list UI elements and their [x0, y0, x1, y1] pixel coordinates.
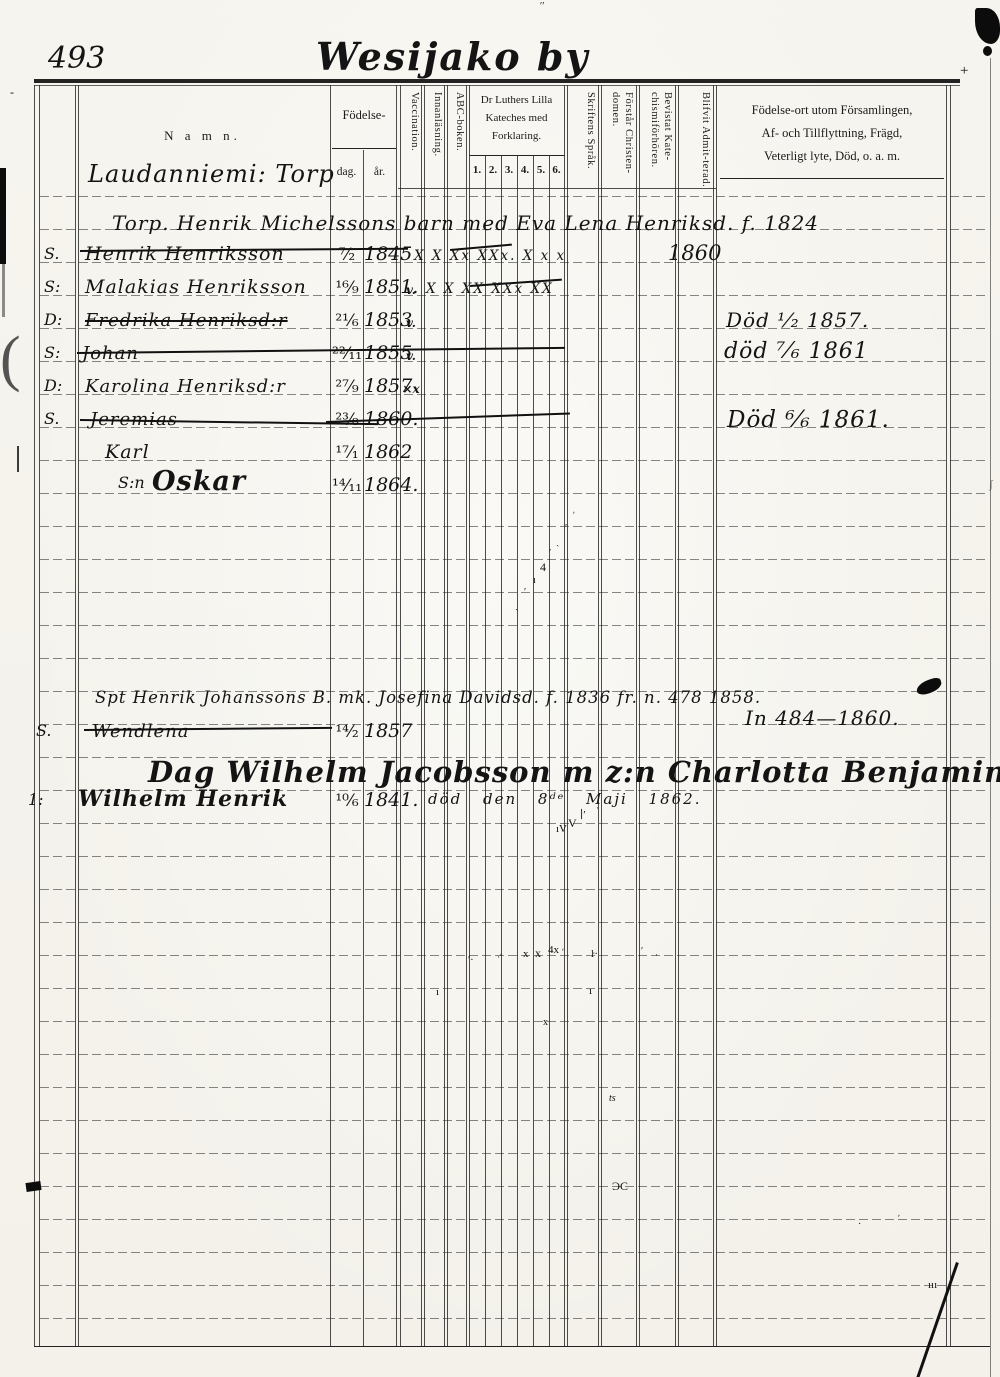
birth-day-fraction: ²¹⁄₆ — [335, 311, 358, 331]
column-rule — [396, 85, 397, 1346]
ink-mark: x — [523, 949, 529, 960]
ink-mark: ∣ʹ — [580, 810, 586, 821]
ink-mark: ˏ — [556, 537, 559, 547]
kateches-col-4: 4. — [517, 164, 533, 176]
row-rule — [40, 1318, 985, 1319]
col-header-bevistat-katechismforhoren: Bevistat Kate-chismiförhören. — [641, 92, 674, 194]
row-rule — [40, 1219, 985, 1220]
birth-day: ²¹⁄₆ — [332, 313, 362, 330]
vaccination-mark: ×x — [400, 383, 422, 395]
row-rule — [40, 955, 985, 956]
ink-mark: ·ʹ — [497, 953, 502, 962]
ink-mark: ı — [533, 576, 536, 586]
row-rule — [40, 658, 985, 659]
ink-mark: ˏ — [515, 600, 519, 611]
narrowcols-underline — [398, 188, 716, 189]
person-name: Oskar — [152, 468, 246, 495]
kateches-col-6: 6. — [549, 164, 564, 176]
strike-line — [916, 1262, 958, 1377]
birth-day-fraction: ¹⁴⁄₂ — [335, 722, 358, 742]
birth-day-fraction: ¹⁷⁄₁ — [335, 443, 358, 463]
ink-mark: ʹ — [610, 801, 612, 810]
row-rule — [40, 988, 985, 989]
column-rule — [424, 85, 425, 1346]
col-header-sista-line3: Veterligt lyte, Död, o. a. m. — [718, 149, 946, 164]
ink-blot — [975, 8, 1000, 44]
margin-note: död ⁷⁄₆ 1861 — [724, 341, 869, 363]
page-number: 493 — [48, 44, 105, 74]
row-rule — [40, 1285, 985, 1286]
ink-mark: + — [960, 64, 968, 79]
col-header-innanlasning: Innanläsning. — [424, 92, 444, 194]
column-rule — [564, 85, 565, 1346]
ink-mark: x — [535, 947, 541, 959]
ink-blot — [915, 676, 944, 696]
column-rule — [601, 85, 602, 1346]
name-prefix: S:n — [118, 475, 145, 491]
ink-mark: 4 — [540, 561, 546, 573]
gender-margin-mark: S. — [44, 411, 59, 427]
column-rule — [639, 85, 640, 1346]
gender-margin-mark: D: — [44, 378, 62, 394]
margin-note: In 484—1860. — [745, 708, 900, 728]
gender-margin-mark: D: — [44, 312, 62, 328]
ink-blot — [17, 446, 19, 472]
column-rule — [517, 155, 518, 1346]
row-rule — [40, 559, 985, 560]
ink-mark: V — [568, 817, 577, 829]
ink-mark: ʹ — [562, 948, 564, 957]
ink-mark: x — [543, 1018, 548, 1028]
ink-mark: ʹ — [898, 1214, 900, 1223]
birth-year: 1857 — [364, 722, 412, 741]
column-rule — [400, 85, 401, 1346]
row-rule — [40, 625, 985, 626]
ink-mark: ŀ· — [591, 950, 598, 960]
margin-note: död den 8ᵈᵉ Maji 1862. — [428, 792, 702, 807]
person-name: Malakias Henriksson — [85, 278, 307, 297]
column-rule — [39, 85, 40, 1346]
col-header-namn: N a m n. — [75, 128, 330, 144]
column-rule — [549, 155, 550, 1346]
col-header-fodelse: Födelse- — [330, 108, 398, 123]
column-rule — [485, 155, 486, 1346]
col-header-ar: år. — [364, 166, 395, 178]
column-rule — [421, 85, 422, 1346]
row-rule — [40, 823, 985, 824]
ink-mark: ʹʹ — [540, 2, 544, 12]
column-rule — [716, 85, 717, 1346]
person-name: Karl — [105, 443, 150, 462]
row-rule — [40, 196, 985, 197]
ink-mark: ƆC — [612, 1180, 628, 1192]
row-rule — [40, 460, 985, 461]
ink-mark: ʹ — [573, 511, 575, 520]
ink-mark: ts — [609, 1094, 616, 1104]
birth-day-fraction: ¹⁴⁄₁₁ — [332, 476, 362, 496]
column-rule — [533, 155, 534, 1346]
person-name: Karolina Henriksd:r — [85, 378, 286, 396]
column-rule — [946, 85, 947, 1346]
family-heading: Spt Henrik Johanssons B. mk. Josefina Da… — [95, 690, 761, 707]
title-rule-thin — [34, 85, 960, 86]
ink-mark: - — [10, 86, 14, 98]
title-rule — [34, 79, 960, 83]
birth-day: ¹⁴⁄₁₁ — [332, 478, 362, 495]
ink-mark: ʹ — [641, 947, 643, 957]
vaccination-mark: v. — [400, 317, 422, 329]
sista-underline — [720, 178, 944, 179]
ink-mark: ı — [589, 986, 592, 997]
column-rule — [466, 85, 467, 1346]
birth-day-fraction: ²⁷⁄₉ — [335, 377, 358, 397]
ink-mark: · — [858, 1220, 861, 1230]
ink-mark: ʹ — [524, 588, 526, 598]
ink-mark: ʹ· — [468, 956, 474, 966]
ink-blot — [983, 46, 992, 56]
row-rule — [40, 889, 985, 890]
col-header-kateches-line3: Forklaring. — [469, 130, 564, 142]
row-rule — [40, 922, 985, 923]
birth-day: ¹⁶⁄₉ — [332, 280, 362, 297]
birth-year: 1862 — [364, 443, 412, 462]
bottom-border — [34, 1346, 990, 1347]
ink-blot — [0, 168, 6, 264]
vaccination-mark: v. — [400, 284, 422, 296]
admitted-year: 1860 — [668, 243, 721, 264]
ink-mark: ʹ — [565, 524, 567, 534]
ink-mark: · — [655, 951, 658, 960]
ink-mark: · — [596, 804, 599, 813]
row-rule — [40, 1153, 985, 1154]
kateches-marks: X X Xx XXx. X x x — [414, 250, 566, 264]
column-rule — [469, 85, 470, 1346]
column-rule — [34, 85, 35, 1346]
ink-blot — [2, 262, 5, 317]
scanned-church-record-page: 493 Wesijako by N a m n. Födelse- dag. å… — [0, 0, 1000, 1377]
column-rule — [678, 85, 679, 1346]
row-rule — [40, 526, 985, 527]
row-rule — [40, 1021, 985, 1022]
kateches-col-1: 1. — [469, 164, 485, 176]
ink-mark: ıV — [556, 824, 567, 835]
gender-margin-mark: S. — [44, 246, 59, 262]
kateches-col-5: 5. — [533, 164, 549, 176]
gender-margin-mark: S: — [44, 279, 60, 295]
col-header-vaccination: Vaccination. — [400, 92, 421, 194]
row-rule — [40, 1054, 985, 1055]
col-header-kateches-line2: Kateches med — [469, 112, 564, 124]
margin-note: Död ⁶⁄₆ 1861. — [727, 409, 890, 432]
ink-mark: ı — [436, 987, 439, 998]
col-header-sista-line2: Af- och Tillflyttning, Frägd, — [718, 126, 946, 141]
strike-line — [77, 347, 565, 355]
family-heading: Torp. Henrik Michelssons barn med Eva Le… — [112, 213, 819, 233]
birth-day: ¹⁰⁄₆ — [332, 793, 362, 810]
birth-day-fraction: ¹⁰⁄₆ — [335, 791, 358, 811]
birth-day-fraction: ²²⁄₁₁ — [332, 344, 362, 364]
col-header-abc-boken: ABC-boken. — [447, 92, 466, 194]
kateches-col-3: 3. — [501, 164, 517, 176]
row-rule — [40, 1186, 985, 1187]
row-rule — [40, 856, 985, 857]
col-header-skriftens-sprak: Skriftens Språk. — [570, 92, 597, 194]
column-rule — [501, 155, 502, 1346]
column-rule — [713, 85, 714, 1346]
person-name: Fredrika Henriksd:r — [85, 312, 288, 330]
page-title: Wesijako by — [316, 38, 590, 76]
ink-blot — [990, 58, 991, 1377]
person-name: Wendlena — [92, 723, 190, 741]
column-rule — [444, 85, 445, 1346]
ink-mark: ııı — [928, 1280, 937, 1291]
column-rule — [598, 85, 599, 1346]
column-rule — [636, 85, 637, 1346]
column-rule — [567, 85, 568, 1346]
birth-day: ¹⁴⁄₂ — [332, 724, 362, 741]
column-rule — [447, 85, 448, 1346]
col-header-dag: dag. — [331, 166, 362, 178]
row-rule — [40, 1120, 985, 1121]
kateches-col-2: 2. — [485, 164, 501, 176]
gender-margin-mark: 1: — [28, 792, 44, 808]
gender-margin-mark: S: — [44, 345, 60, 361]
column-rule — [75, 85, 76, 1346]
vaccination-mark: v. — [400, 350, 422, 362]
village-subheading: Laudanniemi: Torp — [88, 162, 335, 186]
birth-day-fraction: ¹⁶⁄₉ — [335, 278, 358, 298]
column-rule — [78, 85, 79, 1346]
ink-mark: 4x — [548, 945, 559, 956]
birth-day: ¹⁷⁄₁ — [332, 445, 362, 462]
margin-note: Död ¹⁄₂ 1857. — [726, 310, 869, 330]
gender-margin-mark: S. — [36, 723, 51, 739]
col-header-blifvit-admitterad: Blifvit Admit-terad. — [680, 92, 712, 194]
col-header-kateches-line1: Dr Luthers Lilla — [469, 94, 564, 106]
ink-mark: ( — [0, 328, 21, 390]
column-rule — [330, 85, 331, 1346]
ink-mark: ʹ — [549, 549, 551, 559]
col-header-sista-line1: Födelse-ort utom Församlingen, — [718, 103, 946, 118]
birth-year: 1841. — [364, 791, 418, 810]
row-rule — [40, 1087, 985, 1088]
row-rule — [40, 592, 985, 593]
birth-year: 1864. — [364, 476, 418, 495]
person-name: Wilhelm Henrik — [78, 788, 288, 810]
col-header-forstar-christendomen: Förstår Christen-domen. — [603, 92, 635, 194]
row-rule — [40, 1252, 985, 1253]
birth-day: ²⁷⁄₉ — [332, 379, 362, 396]
column-rule — [950, 85, 951, 1346]
family-heading: Dag Wilhelm Jacobsson m z:n Charlotta Be… — [148, 758, 1000, 787]
column-rule — [675, 85, 676, 1346]
